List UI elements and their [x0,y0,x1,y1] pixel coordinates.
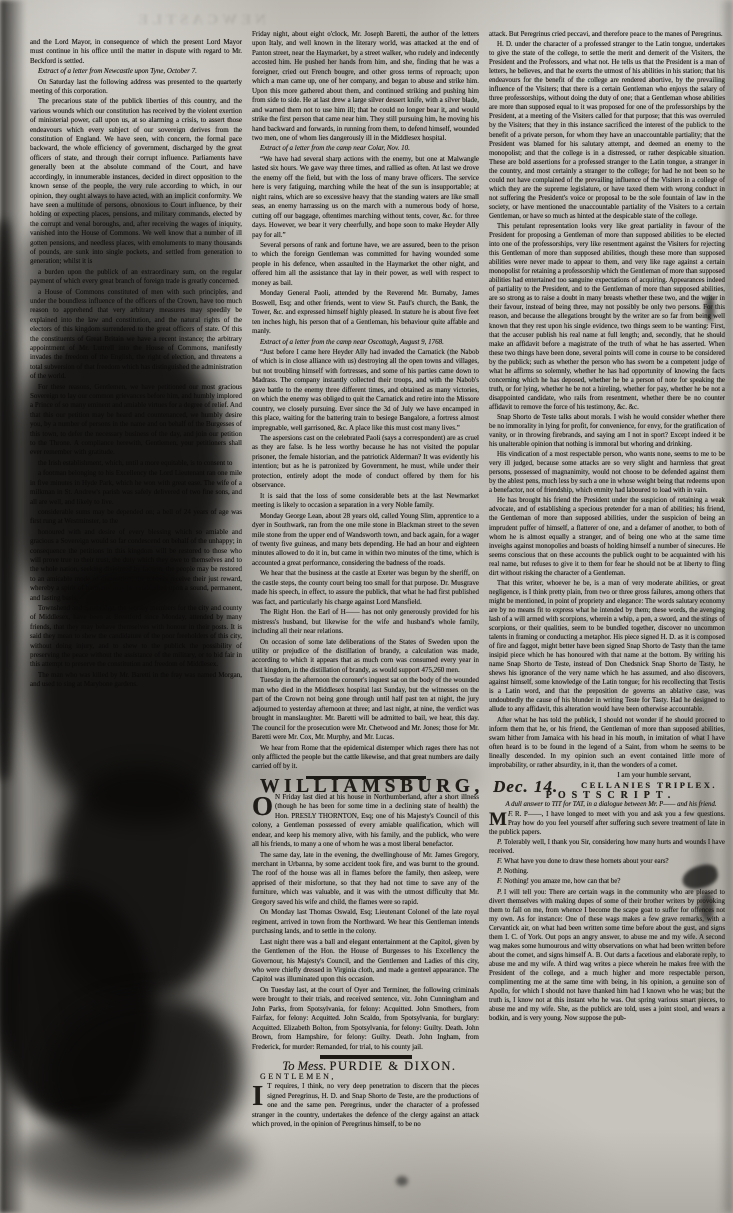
ink-blotch [46,996,242,1152]
drop-cap: M [489,810,508,828]
dialogue-line: F.What have you done to draw these horne… [489,857,725,866]
speaker-label: P. [497,889,504,896]
ink-blotch [12,1120,252,1200]
news-paragraph: We hear from Rome that the epidemical di… [252,744,479,772]
dialogue-line: F.Nothing! you amaze me, how can that be… [489,877,725,886]
paragraph-text: I will tell you: There are certain wags … [489,889,725,1023]
news-paragraph: Monday George Lean, about 28 years old, … [252,512,479,569]
paragraph-text: What have you done to draw these hornets… [504,858,669,865]
dialogue-line: P.Tolerably well, I thank you Sir, consi… [489,838,725,856]
valediction: I am your humble servant, [489,771,725,780]
extract-heading: Extract of a letter from the camp near O… [252,338,479,347]
letter-paragraph: His vindication of a most respectable pe… [489,450,725,495]
news-paragraph: Tuesday in the afternoon the coroner's i… [252,676,479,742]
local-news-paragraph: The same day, late in the evening, the d… [252,851,479,908]
smudged-paragraph: Townshend and Sawbridge, the worthy memb… [30,604,242,670]
news-paragraph: and the Lord Mayor, in consequence of wh… [30,38,242,66]
scan-edge-shadow [0,220,16,780]
paragraph-text: N Friday last died at his house in North… [252,793,479,848]
letter-salutation: GENTLEMEN, [252,1072,479,1081]
paragraph-text: Nothing! you amaze me, how can that be? [504,878,620,885]
letter-paragraph: He has brought his friend the President … [489,496,725,577]
news-paragraph: Friday night, about eight o'clock, Mr. J… [252,30,479,143]
news-paragraph: Monday General Paoli, attended by the Re… [252,289,479,336]
show-through-text: NEWCASTLE [46,12,266,29]
ink-blotch [0,884,154,1122]
letter-paragraph: That this writer, whoever he be, is a ma… [489,579,725,715]
dialogue-line: P.I will tell you: There are certain wag… [489,888,725,1024]
paragraph-text: Tolerably well, I thank you Sir, conside… [489,839,725,855]
letter-paragraph: After what he has told the publick, I sh… [489,716,725,770]
news-paragraph: We hear that the business at the castle … [252,569,479,607]
dialogue-line: F.MR. P——, I have longed to meet with yo… [489,810,725,837]
local-news-paragraph: ON Friday last died at his house in Nort… [252,793,479,850]
letter-paragraph: attack. But Peregrinus cried peccavi, an… [489,30,725,39]
postscript-subtitle: A dull answer to TIT for TAT, in a dialo… [489,801,725,809]
letter-heading: To Mess. PURDIE & DIXON. [252,1062,479,1071]
letter-paragraph: H. D. under the character of a professed… [489,40,725,221]
column-right: attack. But Peregrinus cried peccavi, an… [489,30,725,1024]
letter-opening-paragraph: IT requires, I think, no very deep penet… [252,1082,479,1129]
newspaper-page: NEWCASTLE and the Lord Mayor, in consequ… [0,0,733,1213]
news-paragraph: It is said that the loss of some conside… [252,492,479,511]
ink-blotch [52,766,236,1002]
smudged-paragraph: For these reasons, Gentlemen, we have pe… [30,383,242,458]
smudged-paragraph: considerable sums may be depended on; a … [30,508,242,527]
paragraph-text: Nothing. [504,868,528,875]
extract-heading: Extract of a letter from Newcastle upon … [30,67,242,76]
letter-heading-prefix: To Mess. [282,1059,326,1073]
news-paragraph: The precarious state of the publick libe… [30,97,242,266]
ink-spot [396,1176,408,1186]
news-paragraph: Several persons of rank and fortune have… [252,241,479,288]
smudged-paragraph: the Irish establishment, which, until a … [30,459,242,468]
local-news-paragraph: On Monday last Thomas Oswald, Esq; Lieut… [252,908,479,936]
local-news-paragraph: Last night there was a ball and elegant … [252,938,479,985]
speaker-label: P. [497,868,504,875]
news-paragraph: On occasion of some late deliberations o… [252,638,479,676]
paragraph-text: T requires, I think, no very deep penetr… [252,1082,479,1128]
news-paragraph: On Saturday last the following address w… [30,78,242,97]
letter-heading-names: PURDIE & DIXON. [330,1059,457,1073]
dialogue-line: P.Nothing. [489,867,725,876]
letter-paragraph: This petulant representation looks very … [489,222,725,412]
news-paragraph: “We have had several sharp actions with … [252,155,479,240]
news-paragraph: The Right Hon. the Earl of H—— has not o… [252,608,479,636]
postscript-heading: POSTSCRIPT. [489,791,725,800]
smudged-paragraph: a footman belonging to his Excellency th… [30,469,242,507]
williamsburg-heading: WILLIAMSBURG, Dec. 14. [252,782,479,791]
column-left: and the Lord Mayor, in consequence of wh… [30,38,242,691]
news-paragraph: “Just before I came here Heyder Ally had… [252,348,479,433]
speaker-label: F. [497,858,504,865]
smudged-paragraph: a burden upon the publick of an extraord… [30,268,242,287]
news-paragraph: The aspersions cast on the celebrated Pa… [252,434,479,491]
letter-paragraph: Snap Shorto de Teste talks about morals.… [489,413,725,449]
drop-cap: I [252,1082,267,1109]
column-middle: Friday night, about eight o'clock, Mr. J… [252,30,479,1131]
speaker-label: P. [497,839,504,846]
smudged-paragraph: The man who was killed by Mr. Baretti in… [30,671,242,690]
scan-edge-shadow [0,0,26,1213]
signature: CELLANIES TRIPLEX. [489,781,725,790]
smudged-paragraph: honoured with and desire of every blessi… [30,528,242,603]
smudged-paragraph: a House of Commons constituted of men wi… [30,288,242,382]
speaker-label: F. [497,878,504,885]
paragraph-text: R. P——, I have longed to meet with you a… [489,811,725,836]
extract-heading: Extract of a letter from the camp near C… [252,144,479,153]
local-news-paragraph: On Tuesday last, at the court of Oyer an… [252,986,479,1052]
speaker-label: F. [508,811,515,818]
